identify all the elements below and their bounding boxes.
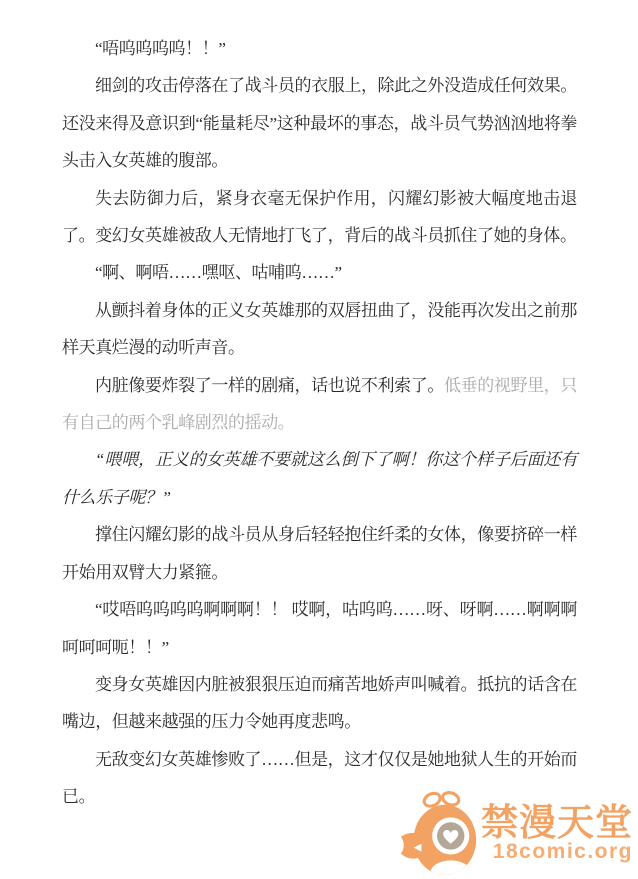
paragraph: 撑住闪耀幻影的战斗员从身后轻轻抱住纤柔的女体，像要挤碎一样开始用双臂大力紧箍。 xyxy=(62,516,577,591)
paragraph: 内脏像要炸裂了一样的剧痛，话也说不利索了。低垂的视野里，只有自己的两个乳峰剧烈的… xyxy=(62,367,577,442)
paragraph: 失去防御力后，紧身衣毫无保护作用，闪耀幻影被大幅度地击退了。变幻女英雄被敌人无情… xyxy=(62,180,577,255)
paragraph: 从颤抖着身体的正义女英雄那的双唇扭曲了，没能再次发出之前那样天真烂漫的动听声音。 xyxy=(62,292,577,367)
paragraph-text: “喂喂，正义的女英雄不要就这么倒下了啊！你这个样子后面还有什么乐子呢？” xyxy=(62,450,577,506)
paragraph: “唔呜呜呜呜！！” xyxy=(62,30,577,67)
paragraph-text: 变身女英雄因内脏被狠狠压迫而痛苦地娇声叫喊着。抵抗的话含在嘴边，但越来越强的压力… xyxy=(62,675,577,731)
paragraph-text: “哎唔呜呜呜呜啊啊啊！！ 哎啊，咕呜呜……呀、呀啊……啊啊啊呵呵呵呃！！” xyxy=(62,600,577,656)
paragraph-text: 细剑的攻击停落在了战斗员的衣服上，除此之外没造成任何效果。还没来得及意识到“能量… xyxy=(62,76,577,170)
paragraph-text: 失去防御力后，紧身衣毫无保护作用，闪耀幻影被大幅度地击退了。变幻女英雄被敌人无情… xyxy=(62,189,577,245)
paragraph-text: 撑住闪耀幻影的战斗员从身后轻轻抱住纤柔的女体，像要挤碎一样开始用双臂大力紧箍。 xyxy=(62,525,577,581)
site-url: 18comic.org xyxy=(493,841,633,863)
paragraph: 细剑的攻击停落在了战斗员的衣服上，除此之外没造成任何效果。还没来得及意识到“能量… xyxy=(62,67,577,179)
novel-text-content: “唔呜呜呜呜！！” 细剑的攻击停落在了战斗员的衣服上，除此之外没造成任何效果。还… xyxy=(62,30,577,816)
paragraph: “哎唔呜呜呜呜啊啊啊！！ 哎啊，咕呜呜……呀、呀啊……啊啊啊呵呵呵呃！！” xyxy=(62,591,577,666)
paragraph-text: 内脏像要炸裂了一样的剧痛，话也说不利索了。 xyxy=(95,376,444,395)
site-name: 禁漫天堂 xyxy=(481,803,633,843)
paragraph: 变身女英雄因内脏被狠狠压迫而痛苦地娇声叫喊着。抵抗的话含在嘴边，但越来越强的压力… xyxy=(62,666,577,741)
paragraph-text: “啊、啊唔……嘿呕、咕哺呜……” xyxy=(95,263,342,282)
novel-page: “唔呜呜呜呜！！” 细剑的攻击停落在了战斗员的衣服上，除此之外没造成任何效果。还… xyxy=(0,0,638,879)
site-logo-text: 禁漫天堂 18comic.org xyxy=(481,803,633,863)
paragraph-text: 从颤抖着身体的正义女英雄那的双唇扭曲了，没能再次发出之前那样天真烂漫的动听声音。 xyxy=(62,301,577,357)
site-watermark: 禁漫天堂 18comic.org xyxy=(399,789,633,877)
mascot-icon xyxy=(399,789,479,877)
paragraph-text: “唔呜呜呜呜！！” xyxy=(95,39,226,58)
paragraph-dialogue-italic: “喂喂，正义的女英雄不要就这么倒下了啊！你这个样子后面还有什么乐子呢？” xyxy=(62,441,577,516)
paragraph: “啊、啊唔……嘿呕、咕哺呜……” xyxy=(62,254,577,291)
